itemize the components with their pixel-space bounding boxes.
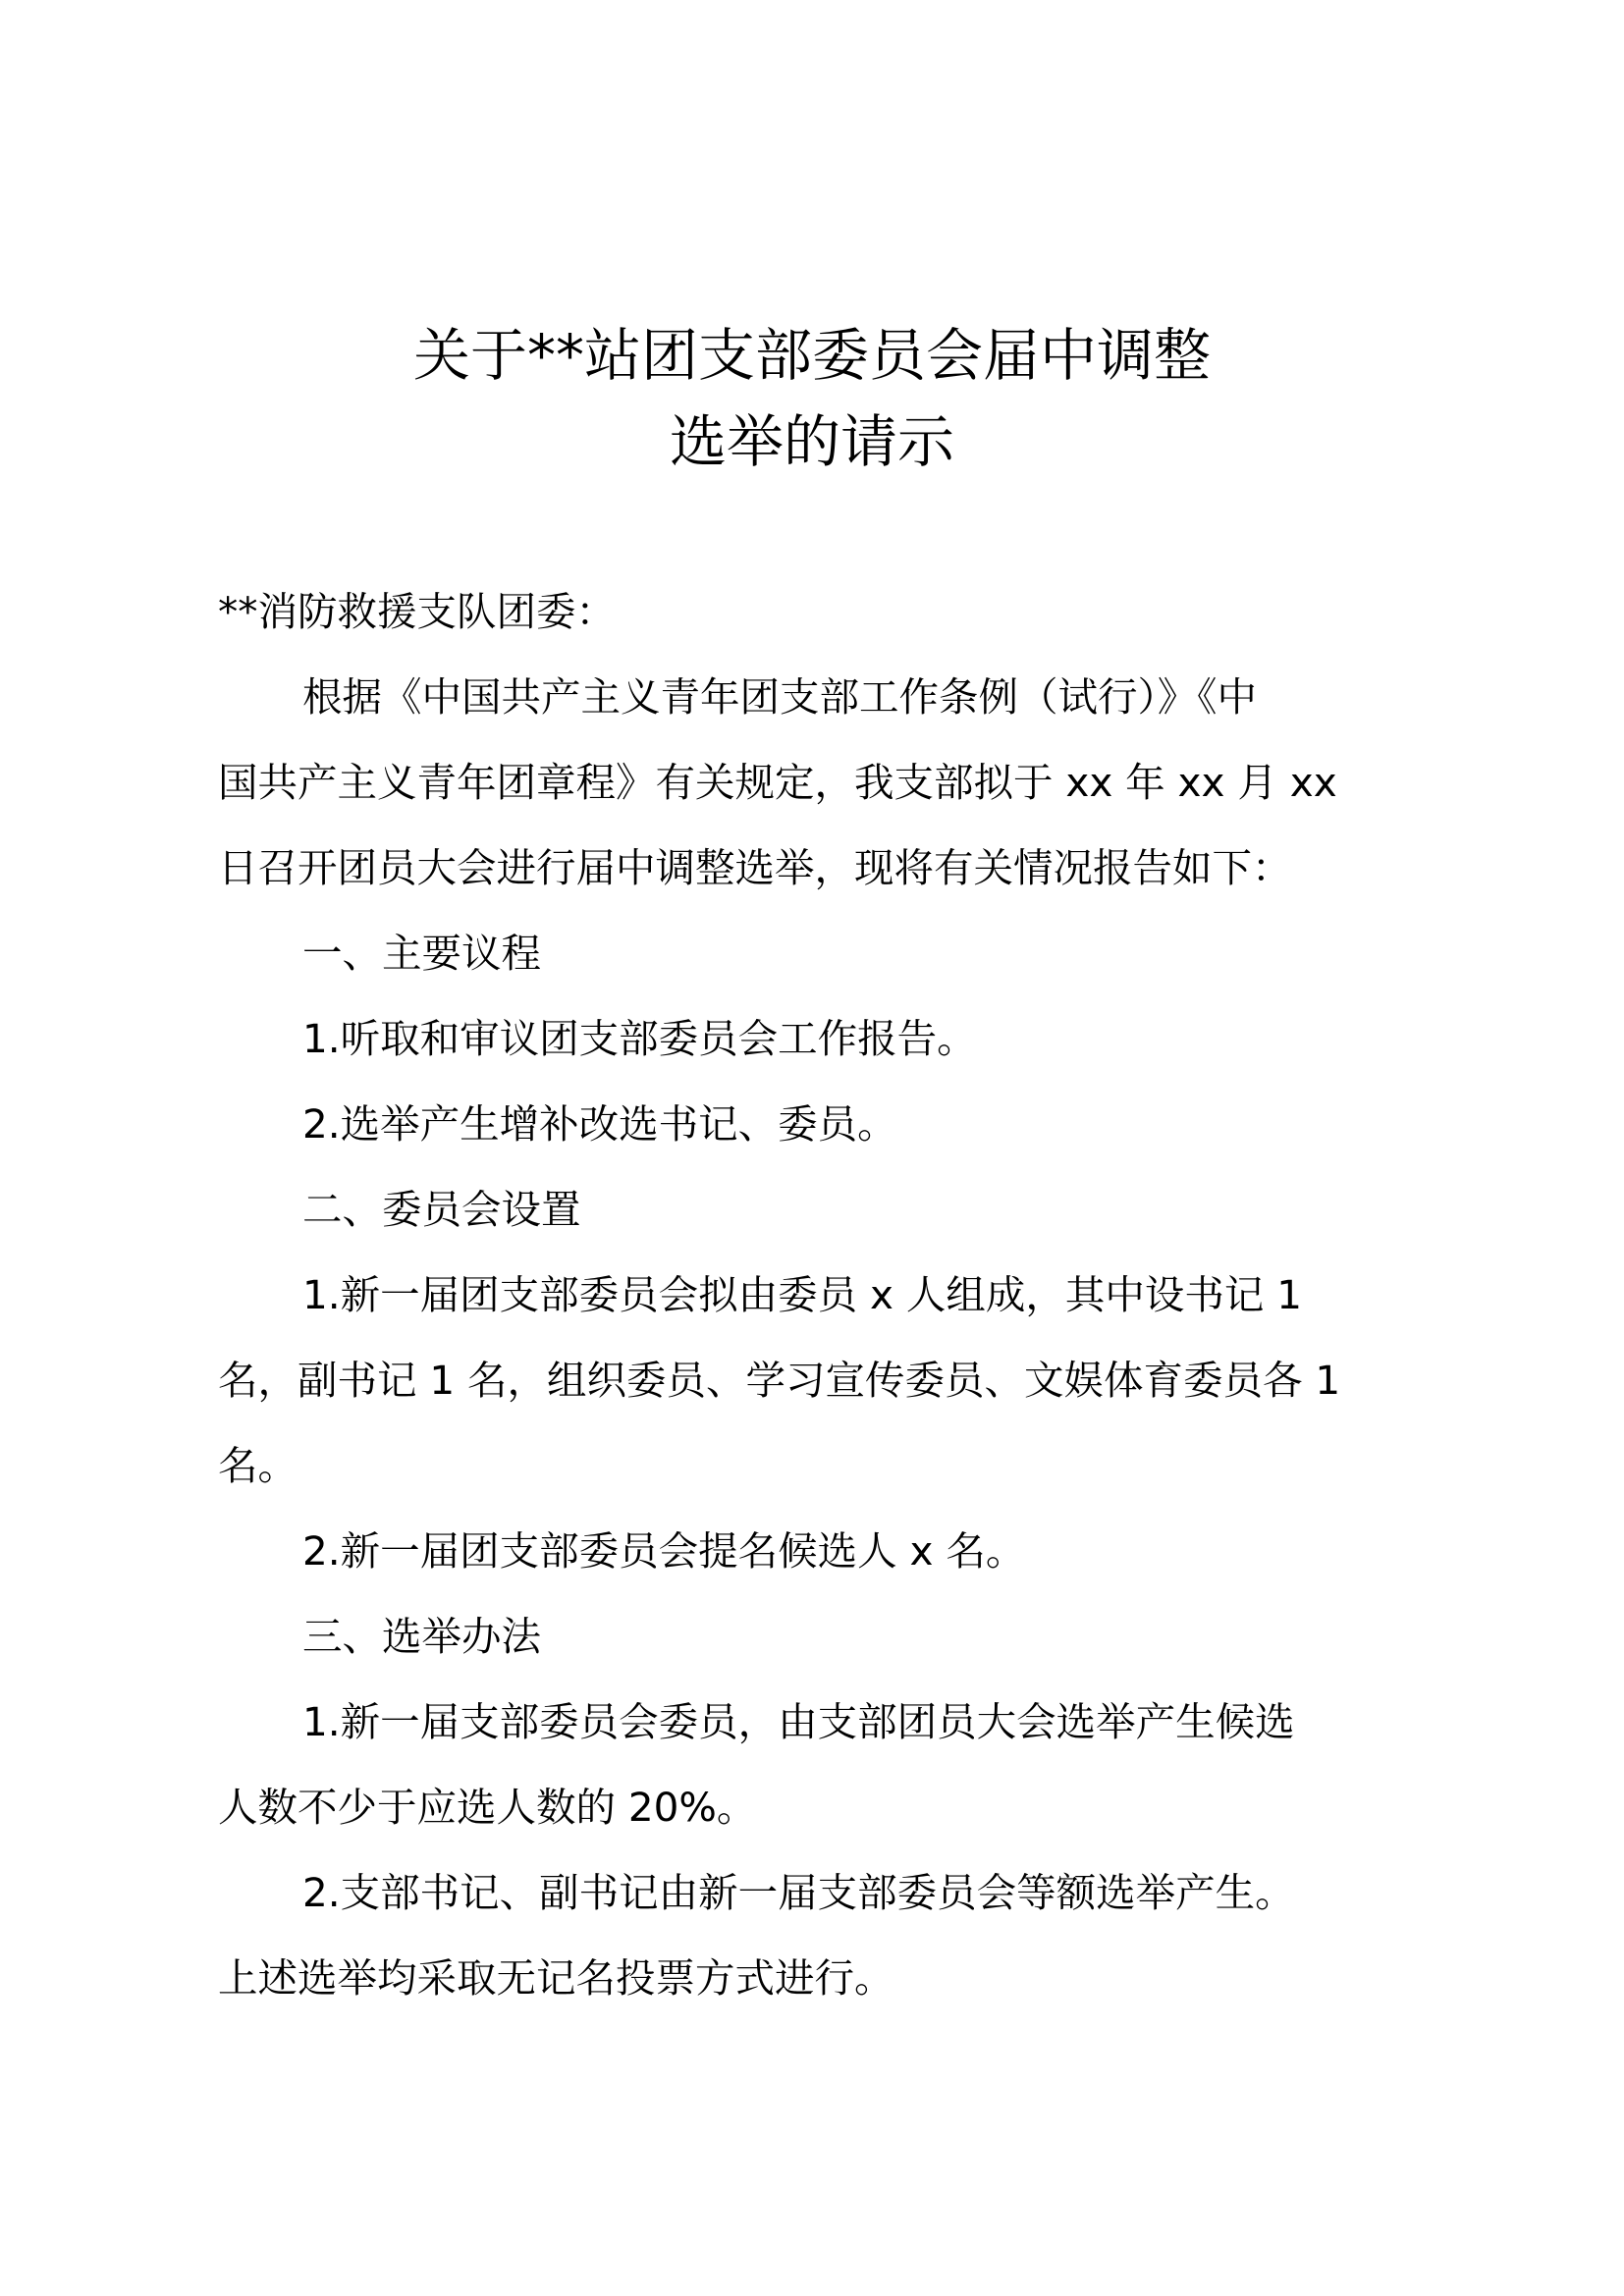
title-line-1: 关于**站团支部委员会届中调整 (0, 312, 1624, 399)
list-item: 1.听取和审议团支部委员会工作报告。 (218, 996, 1432, 1082)
section-heading: 二、委员会设置 (218, 1167, 1432, 1253)
list-item-line: 1.新一届支部委员会委员，由支部团员大会选举产生候选 (218, 1680, 1432, 1765)
title-line-2: 选举的请示 (0, 399, 1624, 485)
document-title: 关于**站团支部委员会届中调整 选举的请示 (0, 312, 1624, 485)
section-heading: 一、主要议程 (218, 911, 1432, 996)
intro-paragraph: 根据《中国共产主义青年团支部工作条例（试行）》《中 国共产主义青年团章程》有关规… (218, 655, 1432, 911)
intro-line-3: 日召开团员大会进行届中调整选举，现将有关情况报告如下： (218, 826, 1432, 911)
document-page: 关于**站团支部委员会届中调整 选举的请示 **消防救援支队团委： 根据《中国共… (0, 0, 1624, 2296)
section-heading: 三、选举办法 (218, 1594, 1432, 1680)
section-election-method: 三、选举办法 1.新一届支部委员会委员，由支部团员大会选举产生候选 人数不少于应… (218, 1594, 1432, 2021)
document-body: **消防救援支队团委： 根据《中国共产主义青年团支部工作条例（试行）》《中 国共… (218, 569, 1432, 2021)
list-item-line: 名。 (218, 1423, 1432, 1509)
list-item: 2.选举产生增补改选书记、委员。 (218, 1082, 1432, 1167)
list-item-line: 名，副书记 1 名，组织委员、学习宣传委员、文娱体育委员各 1 (218, 1338, 1432, 1423)
list-item-line: 1.新一届团支部委员会拟由委员 x 人组成，其中设书记 1 (218, 1253, 1432, 1338)
section-committee-setup: 二、委员会设置 1.新一届团支部委员会拟由委员 x 人组成，其中设书记 1 名，… (218, 1167, 1432, 1594)
list-item-line: 上述选举均采取无记名投票方式进行。 (218, 1936, 1432, 2021)
list-item-line: 2.支部书记、副书记由新一届支部委员会等额选举产生。 (218, 1850, 1432, 1936)
intro-line-1: 根据《中国共产主义青年团支部工作条例（试行）》《中 (218, 655, 1432, 740)
list-item: 2.新一届团支部委员会提名候选人 x 名。 (218, 1509, 1432, 1594)
list-item-line: 人数不少于应选人数的 20%。 (218, 1765, 1432, 1850)
section-agenda: 一、主要议程 1.听取和审议团支部委员会工作报告。 2.选举产生增补改选书记、委… (218, 911, 1432, 1167)
salutation: **消防救援支队团委： (218, 569, 1432, 655)
intro-line-2: 国共产主义青年团章程》有关规定，我支部拟于 xx 年 xx 月 xx (218, 740, 1432, 826)
